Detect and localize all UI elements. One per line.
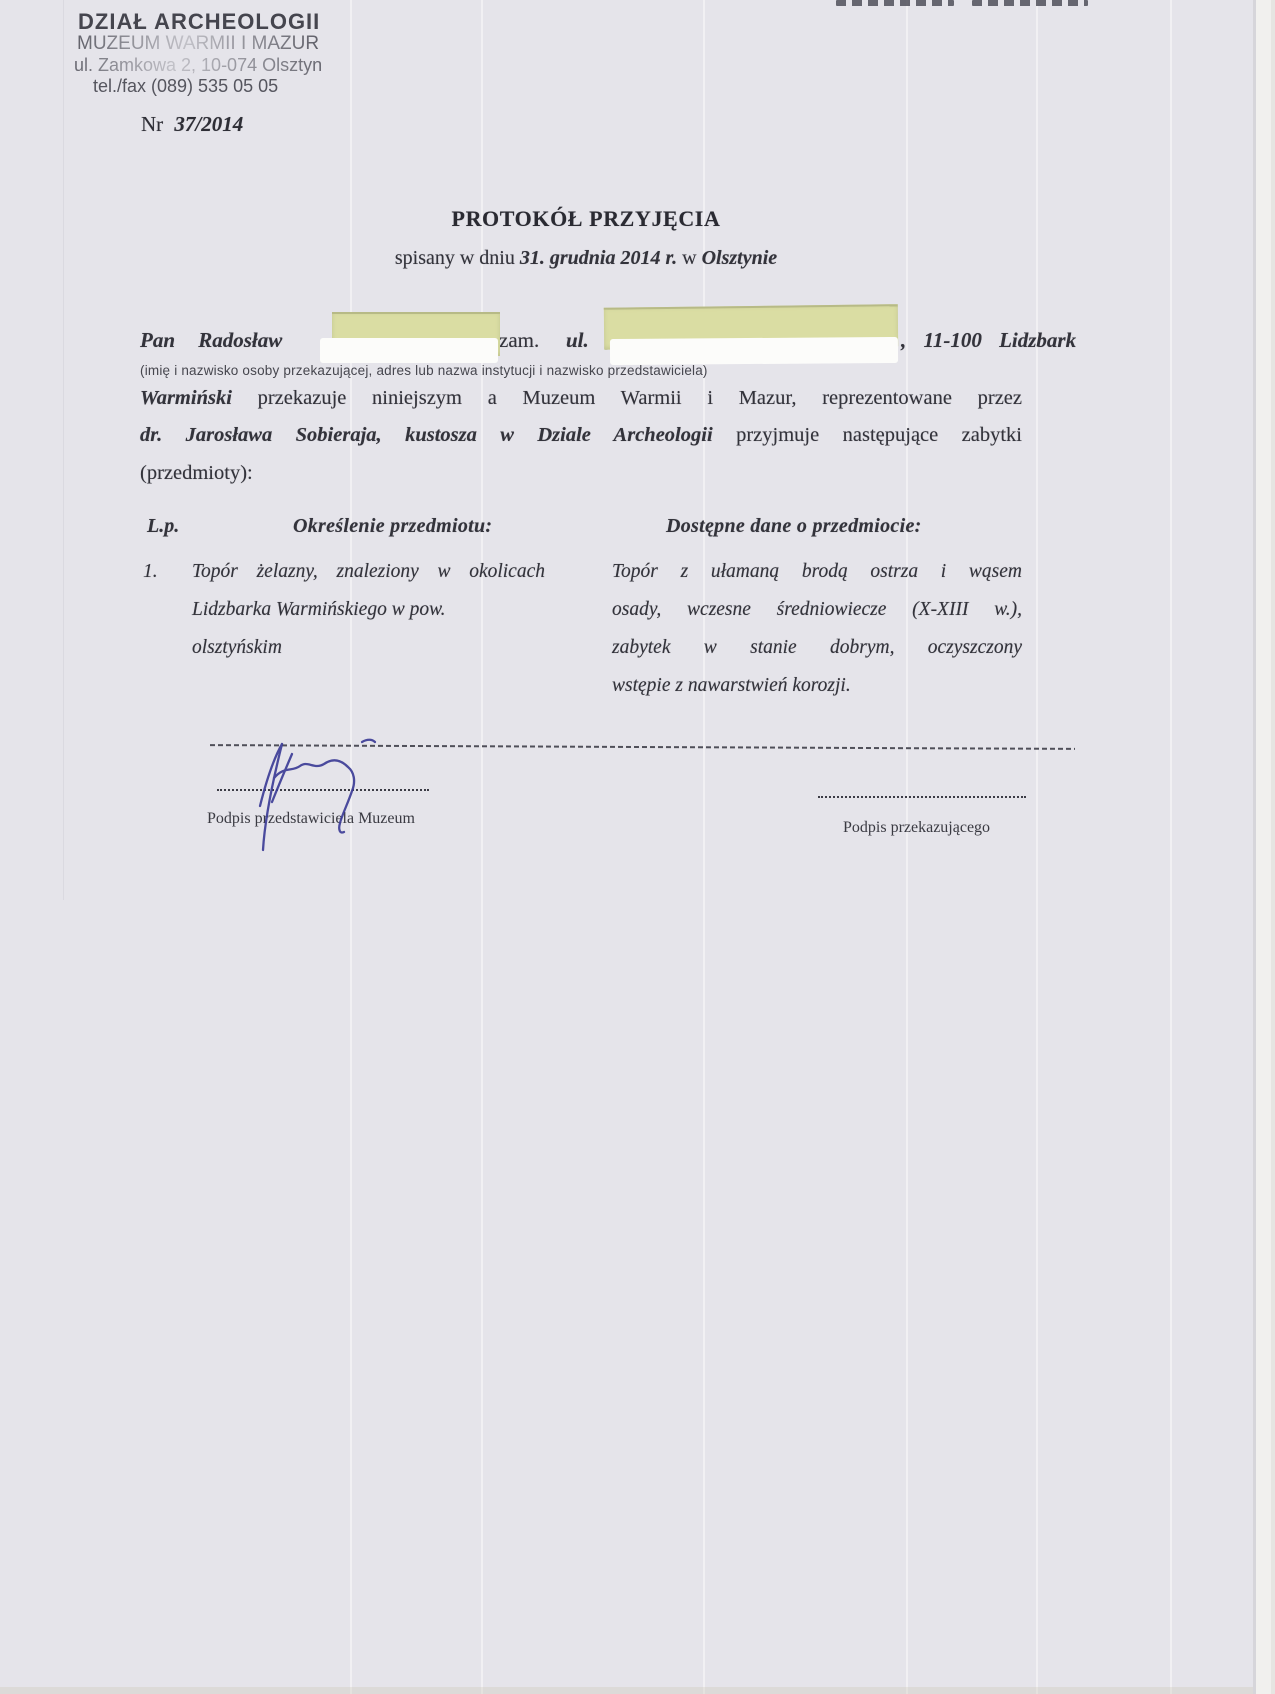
intro-line-2-text: przekazuje niniejszym a Muzeum Warmii i … xyxy=(258,387,1022,409)
stamp-institution: MUZEUM WARMII I MAZUR xyxy=(77,33,319,55)
column-header-lp: L.p. xyxy=(147,515,179,538)
column-header-description: Określenie przedmiotu: xyxy=(293,515,492,538)
scan-bottom-shadow xyxy=(0,1687,1275,1694)
subtitle-date: 31. grudnia 2014 r. xyxy=(520,247,677,269)
document-number-value: 37/2014 xyxy=(174,112,243,136)
field-caption: (imię i nazwisko osoby przekazującej, ad… xyxy=(140,363,708,378)
cutoff-text-fragment xyxy=(836,0,954,6)
page-title: PROTOKÓŁ PRZYJĘCIA xyxy=(0,206,1172,232)
redaction-cover xyxy=(610,337,898,365)
scanned-document-page: DZIAŁ ARCHEOLOGII MUZEUM WARMII I MAZUR … xyxy=(0,0,1275,1694)
intro-line-3: dr. Jarosława Sobieraja, kustosza w Dzia… xyxy=(140,424,1022,447)
stamp-department: DZIAŁ ARCHEOLOGII xyxy=(78,9,320,35)
column-header-details: Dostępne dane o przedmiocie: xyxy=(666,515,922,538)
signature-line-transferor xyxy=(818,796,1026,798)
subtitle-place: Olsztynie xyxy=(702,247,778,269)
description-line: Topór żelazny, znaleziony w okolicach xyxy=(192,553,545,591)
details-line: osady, wczesne średniowiecze (X-XIII w.)… xyxy=(612,591,1022,629)
document-number: Nr 37/2014 xyxy=(141,112,243,137)
resides-abbreviation: zam. xyxy=(499,328,539,353)
street-abbreviation: ul. xyxy=(566,328,589,353)
details-line: Topór z ułamaną brodą ostrza i wąsem xyxy=(612,553,1022,591)
signature-label-transferor: Podpis przekazującego xyxy=(843,819,990,837)
page-subtitle: spisany w dniu 31. grudnia 2014 r. w Ols… xyxy=(0,247,1172,270)
transferor-surname: Warmiński xyxy=(140,387,232,409)
redaction-cover xyxy=(320,338,498,363)
stamp-phone: tel./fax (089) 535 05 05 xyxy=(93,76,278,97)
handwritten-signature xyxy=(230,736,390,854)
cutoff-text-fragment xyxy=(972,0,1088,6)
paper-crease xyxy=(63,0,64,900)
intro-line-4: (przedmioty): xyxy=(140,462,253,485)
description-line: olsztyńskim xyxy=(192,629,282,667)
curator-name: dr. Jarosława Sobieraja, kustosza w Dzia… xyxy=(140,424,713,446)
intro-line-3-text: przyjmuje następujące zabytki xyxy=(736,424,1022,446)
row-number: 1. xyxy=(143,553,158,591)
intro-line-2: Warmiński przekazuje niniejszym a Muzeum… xyxy=(140,387,1022,410)
document-number-prefix: Nr xyxy=(141,112,163,136)
details-line: zabytek w stanie dobrym, oczyszczony xyxy=(612,629,1022,667)
transferor-name: Pan Radosław xyxy=(140,328,282,353)
stamp-address: ul. Zamkowa 2, 10-074 Olsztyn xyxy=(74,55,322,76)
subtitle-lead: spisany w dniu xyxy=(395,247,515,269)
description-line: Lidzbarka Warmińskiego w pow. xyxy=(192,591,446,629)
scanner-background-edge xyxy=(1271,0,1275,1694)
details-line: wstępie z nawarstwień korozji. xyxy=(612,667,851,705)
postal-city: , 11-100 Lidzbark xyxy=(901,328,1076,353)
subtitle-conjunction: w xyxy=(682,247,696,269)
